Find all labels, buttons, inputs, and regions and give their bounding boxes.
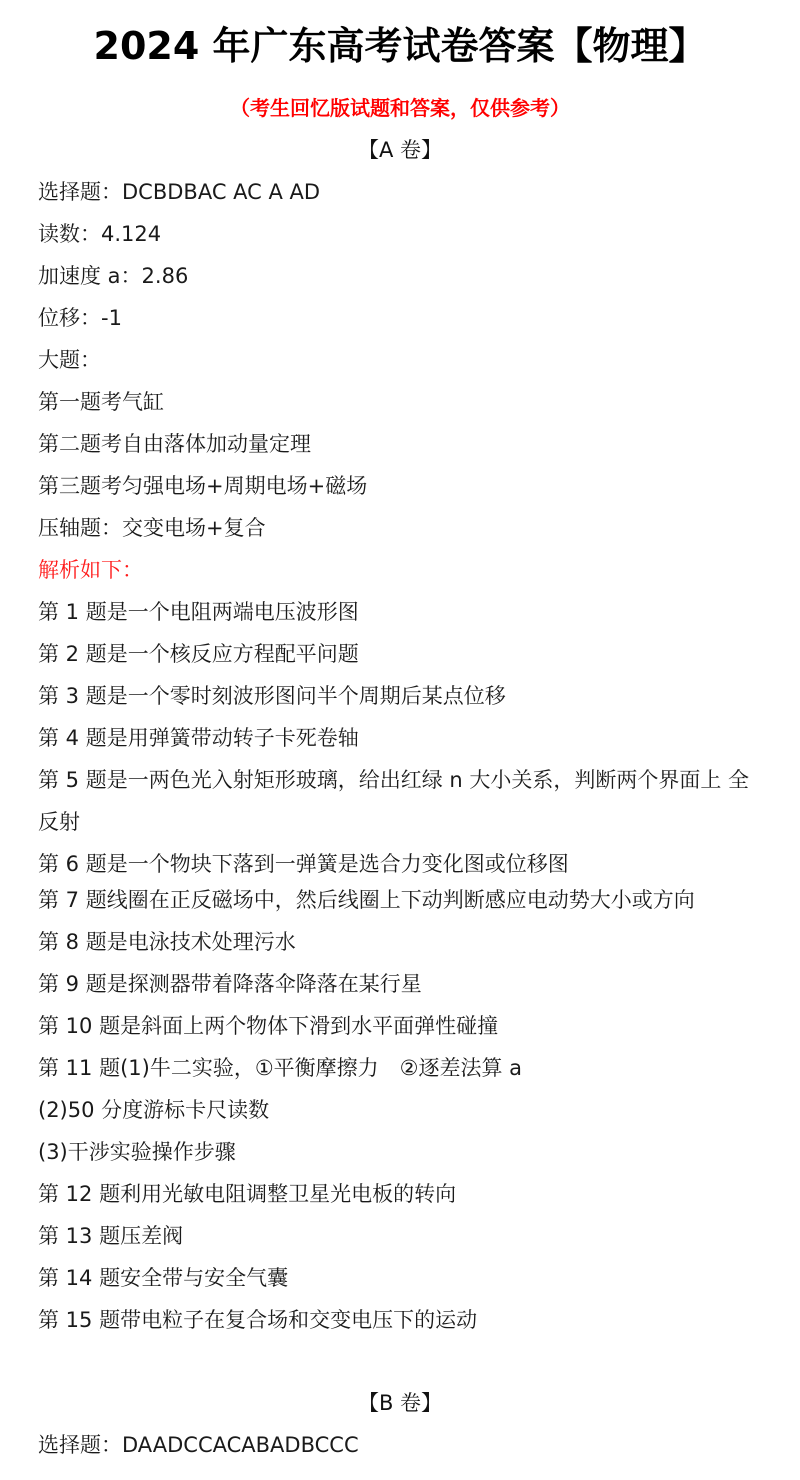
analysis-item: 第 6 题是一个物块下落到一弹簧是选合力变化图或位移图 <box>38 849 569 879</box>
paper-a-heading: 【A 卷】 <box>0 135 800 165</box>
document-subtitle: （考生回忆版试题和答案，仅供参考） <box>0 94 800 122</box>
paper-a-choice-answers: 选择题：DCBDBAC AC A AD <box>38 177 320 207</box>
paper-b-heading: 【B 卷】 <box>0 1388 800 1418</box>
big-question-item: 第二题考自由落体加动量定理 <box>38 429 311 459</box>
analysis-item: 第 2 题是一个核反应方程配平问题 <box>38 639 359 669</box>
analysis-item: 第 7 题线圈在正反磁场中，然后线圈上下动判断感应电动势大小或方向 <box>38 885 695 915</box>
analysis-item: 第 10 题是斜面上两个物体下滑到水平面弹性碰撞 <box>38 1011 498 1041</box>
analysis-label: 解析如下： <box>38 555 143 585</box>
analysis-item: 第 3 题是一个零时刻波形图问半个周期后某点位移 <box>38 681 506 711</box>
analysis-item: 第 14 题安全带与安全气囊 <box>38 1263 288 1293</box>
big-question-item: 压轴题：交变电场+复合 <box>38 513 266 543</box>
analysis-item: 第 4 题是用弹簧带动转子卡死卷轴 <box>38 723 359 753</box>
analysis-item: 第 1 题是一个电阻两端电压波形图 <box>38 597 359 627</box>
analysis-item-continuation: 反射 <box>38 807 80 837</box>
analysis-item: (3)干涉实验操作步骤 <box>38 1137 236 1167</box>
big-question-item: 第三题考匀强电场+周期电场+磁场 <box>38 471 367 501</box>
analysis-item: (2)50 分度游标卡尺读数 <box>38 1095 269 1125</box>
paper-a-displacement: 位移：-1 <box>38 303 122 333</box>
paper-a-acceleration: 加速度 a：2.86 <box>38 261 188 291</box>
analysis-item: 第 8 题是电泳技术处理污水 <box>38 927 296 957</box>
analysis-item: 第 15 题带电粒子在复合场和交变电压下的运动 <box>38 1305 477 1335</box>
paper-b-choice-answers: 选择题：DAADCCACABADBCCC <box>38 1430 359 1460</box>
big-question-item: 第一题考气缸 <box>38 387 164 417</box>
analysis-item: 第 12 题利用光敏电阻调整卫星光电板的转向 <box>38 1179 456 1209</box>
paper-a-reading: 读数：4.124 <box>38 219 161 249</box>
document-title: 2024 年广东高考试卷答案【物理】 <box>0 20 800 72</box>
big-questions-label: 大题： <box>38 345 101 375</box>
document-page: 2024 年广东高考试卷答案【物理】 （考生回忆版试题和答案，仅供参考） 【A … <box>0 0 800 1480</box>
analysis-item: 第 9 题是探测器带着降落伞降落在某行星 <box>38 969 422 999</box>
analysis-item: 第 5 题是一两色光入射矩形玻璃，给出红绿 n 大小关系，判断两个界面上 全 <box>38 765 749 795</box>
analysis-item: 第 11 题(1)牛二实验，①平衡摩擦力 ②逐差法算 a <box>38 1053 522 1083</box>
analysis-item: 第 13 题压差阀 <box>38 1221 183 1251</box>
